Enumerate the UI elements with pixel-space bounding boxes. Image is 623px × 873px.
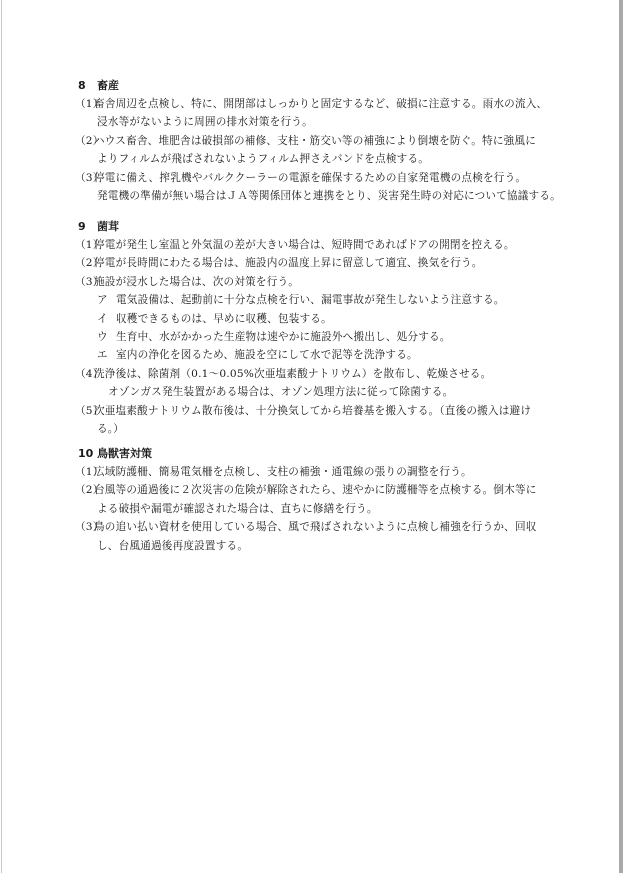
item-text: よる破損や漏電が確認された場合は、直ちに修繕を行う。 <box>97 503 378 515</box>
item-text: 施設が浸水した場合は、次の対策を行う。 <box>94 276 299 288</box>
item-number: （2） <box>75 132 94 150</box>
item-text: 室内の浄化を図るため、施設を空にして水で泥等を洗浄する。 <box>116 349 418 361</box>
item-number: （3） <box>75 273 94 291</box>
section-number: 10 <box>78 445 97 463</box>
item-text: 停電が発生し室温と外気温の差が大きい場合は、短時間であればドアの開閉を控える。 <box>94 239 515 251</box>
item-number: （2） <box>75 254 94 272</box>
section-title: 畜産 <box>97 79 119 92</box>
sub-item-marker: ア <box>97 291 116 309</box>
item-number: （1） <box>75 95 94 113</box>
sub-item-marker: イ <box>97 310 116 328</box>
list-item: （3）停電に備え、搾乳機やバルククーラーの電源を確保するための自家発電機の点検を… <box>78 169 578 187</box>
section-heading: 8畜産 <box>78 77 578 95</box>
section-mushrooms: 9菌茸 （1）停電が発生し室温と外気温の差が大きい場合は、短時間であればドアの開… <box>78 218 578 438</box>
item-text: 浸水等がないように周囲の排水対策を行う。 <box>97 116 313 128</box>
document-page: 8畜産 （1）畜舎周辺を点検し、特に、開閉部はしっかりと固定するなど、破損に注意… <box>0 0 619 873</box>
item-text: 停電に備え、搾乳機やバルククーラーの電源を確保するための自家発電機の点検を行う。 <box>94 172 526 184</box>
sub-item: イ収穫できるものは、早めに収穫、包装する。 <box>78 310 578 328</box>
section-heading: 9菌茸 <box>78 218 578 236</box>
item-number: （4） <box>75 365 94 383</box>
item-text: よりフィルムが飛ばされないようフィルム押さえバンドを点検する。 <box>97 153 429 165</box>
sub-item-marker: エ <box>97 346 116 364</box>
section-livestock: 8畜産 （1）畜舎周辺を点検し、特に、開閉部はしっかりと固定するなど、破損に注意… <box>78 77 578 205</box>
item-number: （5） <box>75 402 94 420</box>
list-item: （1）広域防護柵、簡易電気柵を点検し、支柱の補強・通電線の張りの調整を行う。 <box>78 463 578 481</box>
item-number: （3） <box>75 169 94 187</box>
list-item: （2）停電が長時間にわたる場合は、施設内の温度上昇に留意して適宜、換気を行う。 <box>78 254 578 272</box>
sub-item-marker: ウ <box>97 328 116 346</box>
list-item: （3）施設が浸水した場合は、次の対策を行う。 <box>78 273 578 291</box>
item-text: 台風等の通過後に２次災害の危険が解除されたら、速やかに防護柵等を点検する。倒木等… <box>94 484 537 496</box>
item-text: し、台風通過後再度設置する。 <box>97 540 248 552</box>
section-number: 9 <box>78 218 97 236</box>
list-item-continuation: よる破損や漏電が確認された場合は、直ちに修繕を行う。 <box>78 500 578 518</box>
item-text: ハウス畜舎、堆肥舎は破損部の補修、支柱・筋交い等の補強により倒壊を防ぐ。特に強風… <box>94 135 536 147</box>
item-text: る。） <box>97 423 124 435</box>
item-number: （1） <box>75 463 94 481</box>
item-text: 畜舎周辺を点検し、特に、開閉部はしっかりと固定するなど、破損に注意する。雨水の流… <box>94 98 547 110</box>
section-wildlife-damage: 10鳥獣害対策 （1）広域防護柵、簡易電気柵を点検し、支柱の補強・通電線の張りの… <box>78 445 578 555</box>
item-text: 洗浄後は、除菌剤（0.1～0.05%次亜塩素酸ナトリウム）を散布し、乾燥させる。 <box>94 368 491 380</box>
item-text: 発電機の準備が無い場合はＪＡ等関係団体と連携をとり、災害発生時の対応について協議… <box>97 190 561 202</box>
item-text: 次亜塩素酸ナトリウム散布後は、十分換気してから培養基を搬入する。（直後の搬入は避… <box>94 405 531 417</box>
list-item: （5）次亜塩素酸ナトリウム散布後は、十分換気してから培養基を搬入する。（直後の搬… <box>78 402 578 420</box>
list-item-continuation: る。） <box>78 420 578 438</box>
list-item: （2）台風等の通過後に２次災害の危険が解除されたら、速やかに防護柵等を点検する。… <box>78 481 578 499</box>
item-text: 広域防護柵、簡易電気柵を点検し、支柱の補強・通電線の張りの調整を行う。 <box>94 466 472 478</box>
item-text: 収穫できるものは、早めに収穫、包装する。 <box>116 313 332 325</box>
list-item: （1）畜舎周辺を点検し、特に、開閉部はしっかりと固定するなど、破損に注意する。雨… <box>78 95 578 113</box>
item-text: オゾンガス発生装置がある場合は、オゾン処理方法に従って除菌する。 <box>108 386 453 398</box>
list-item-continuation: 発電機の準備が無い場合はＪＡ等関係団体と連携をとり、災害発生時の対応について協議… <box>78 187 578 205</box>
sub-item: ウ生育中、水がかかった生産物は速やかに施設外へ搬出し、処分する。 <box>78 328 578 346</box>
page-right-shadow <box>619 0 623 873</box>
item-text: 鳥の追い払い資材を使用している場合、風で飛ばされないように点検し補強を行うか、回… <box>94 521 537 533</box>
section-title: 菌茸 <box>97 220 119 233</box>
item-number: （3） <box>75 518 94 536</box>
list-item: （2）ハウス畜舎、堆肥舎は破損部の補修、支柱・筋交い等の補強により倒壊を防ぐ。特… <box>78 132 578 150</box>
item-text: 停電が長時間にわたる場合は、施設内の温度上昇に留意して適宜、換気を行う。 <box>94 257 483 269</box>
item-number: （1） <box>75 236 94 254</box>
list-item-continuation: オゾンガス発生装置がある場合は、オゾン処理方法に従って除菌する。 <box>78 383 578 401</box>
list-item-continuation: よりフィルムが飛ばされないようフィルム押さえバンドを点検する。 <box>78 150 578 168</box>
item-text: 生育中、水がかかった生産物は速やかに施設外へ搬出し、処分する。 <box>116 331 451 343</box>
sub-item: エ室内の浄化を図るため、施設を空にして水で泥等を洗浄する。 <box>78 346 578 364</box>
list-item-continuation: し、台風通過後再度設置する。 <box>78 537 578 555</box>
list-item: （1）停電が発生し室温と外気温の差が大きい場合は、短時間であればドアの開閉を控え… <box>78 236 578 254</box>
item-text: 電気設備は、起動前に十分な点検を行い、漏電事故が発生しないよう注意する。 <box>116 294 505 306</box>
item-number: （2） <box>75 481 94 499</box>
section-heading: 10鳥獣害対策 <box>78 445 578 463</box>
list-item: （3）鳥の追い払い資材を使用している場合、風で飛ばされないように点検し補強を行う… <box>78 518 578 536</box>
list-item-continuation: 浸水等がないように周囲の排水対策を行う。 <box>78 113 578 131</box>
sub-item: ア電気設備は、起動前に十分な点検を行い、漏電事故が発生しないよう注意する。 <box>78 291 578 309</box>
section-number: 8 <box>78 77 97 95</box>
list-item: （4）洗浄後は、除菌剤（0.1～0.05%次亜塩素酸ナトリウム）を散布し、乾燥さ… <box>78 365 578 383</box>
section-title: 鳥獣害対策 <box>97 447 152 460</box>
